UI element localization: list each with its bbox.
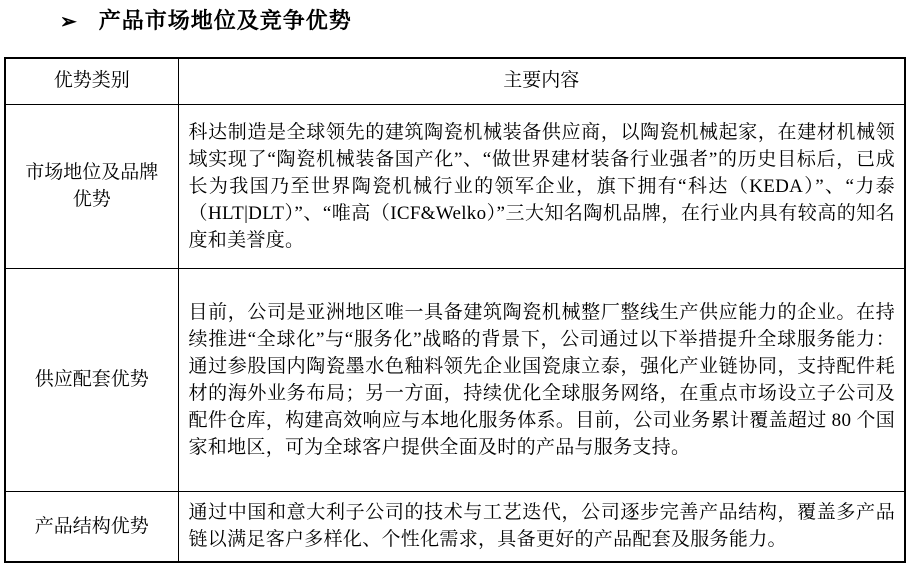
content-cell-market-position: 科达制造是全球领先的建筑陶瓷机械装备供应商，以陶瓷机械起家，在建材机械领域实现了… — [178, 104, 905, 268]
table-row-market-position: 市场地位及品牌优势 科达制造是全球领先的建筑陶瓷机械装备供应商，以陶瓷机械起家，… — [5, 104, 905, 268]
advantages-table: 优势类别 主要内容 市场地位及品牌优势 科达制造是全球领先的建筑陶瓷机械装备供应… — [4, 57, 906, 563]
header-cell-category: 优势类别 — [5, 58, 178, 104]
table-row-product-structure: 产品结构优势 通过中国和意大利子公司的技术与工艺迭代，公司逐步完善产品结构，覆盖… — [5, 491, 905, 562]
section-title-text: 产品市场地位及竞争优势 — [99, 8, 352, 34]
table-header-row: 优势类别 主要内容 — [5, 58, 905, 104]
category-cell-supply-support: 供应配套优势 — [5, 268, 178, 491]
content-cell-product-structure: 通过中国和意大利子公司的技术与工艺迭代，公司逐步完善产品结构，覆盖多产品链以满足… — [178, 491, 905, 562]
category-cell-product-structure: 产品结构优势 — [5, 491, 178, 562]
category-cell-market-position: 市场地位及品牌优势 — [5, 104, 178, 268]
content-cell-supply-support: 目前，公司是亚洲地区唯一具备建筑陶瓷机械整厂整线生产供应能力的企业。在持续推进“… — [178, 268, 905, 491]
header-cell-content: 主要内容 — [178, 58, 905, 104]
section-title: ➢ 产品市场地位及竞争优势 — [60, 8, 352, 35]
table-row-supply-support: 供应配套优势 目前，公司是亚洲地区唯一具备建筑陶瓷机械整厂整线生产供应能力的企业… — [5, 268, 905, 491]
document-page: ➢ 产品市场地位及竞争优势 优势类别 主要内容 市场地位及品牌优势 科达制造是全… — [0, 0, 910, 563]
arrow-bullet-icon: ➢ — [60, 9, 77, 35]
